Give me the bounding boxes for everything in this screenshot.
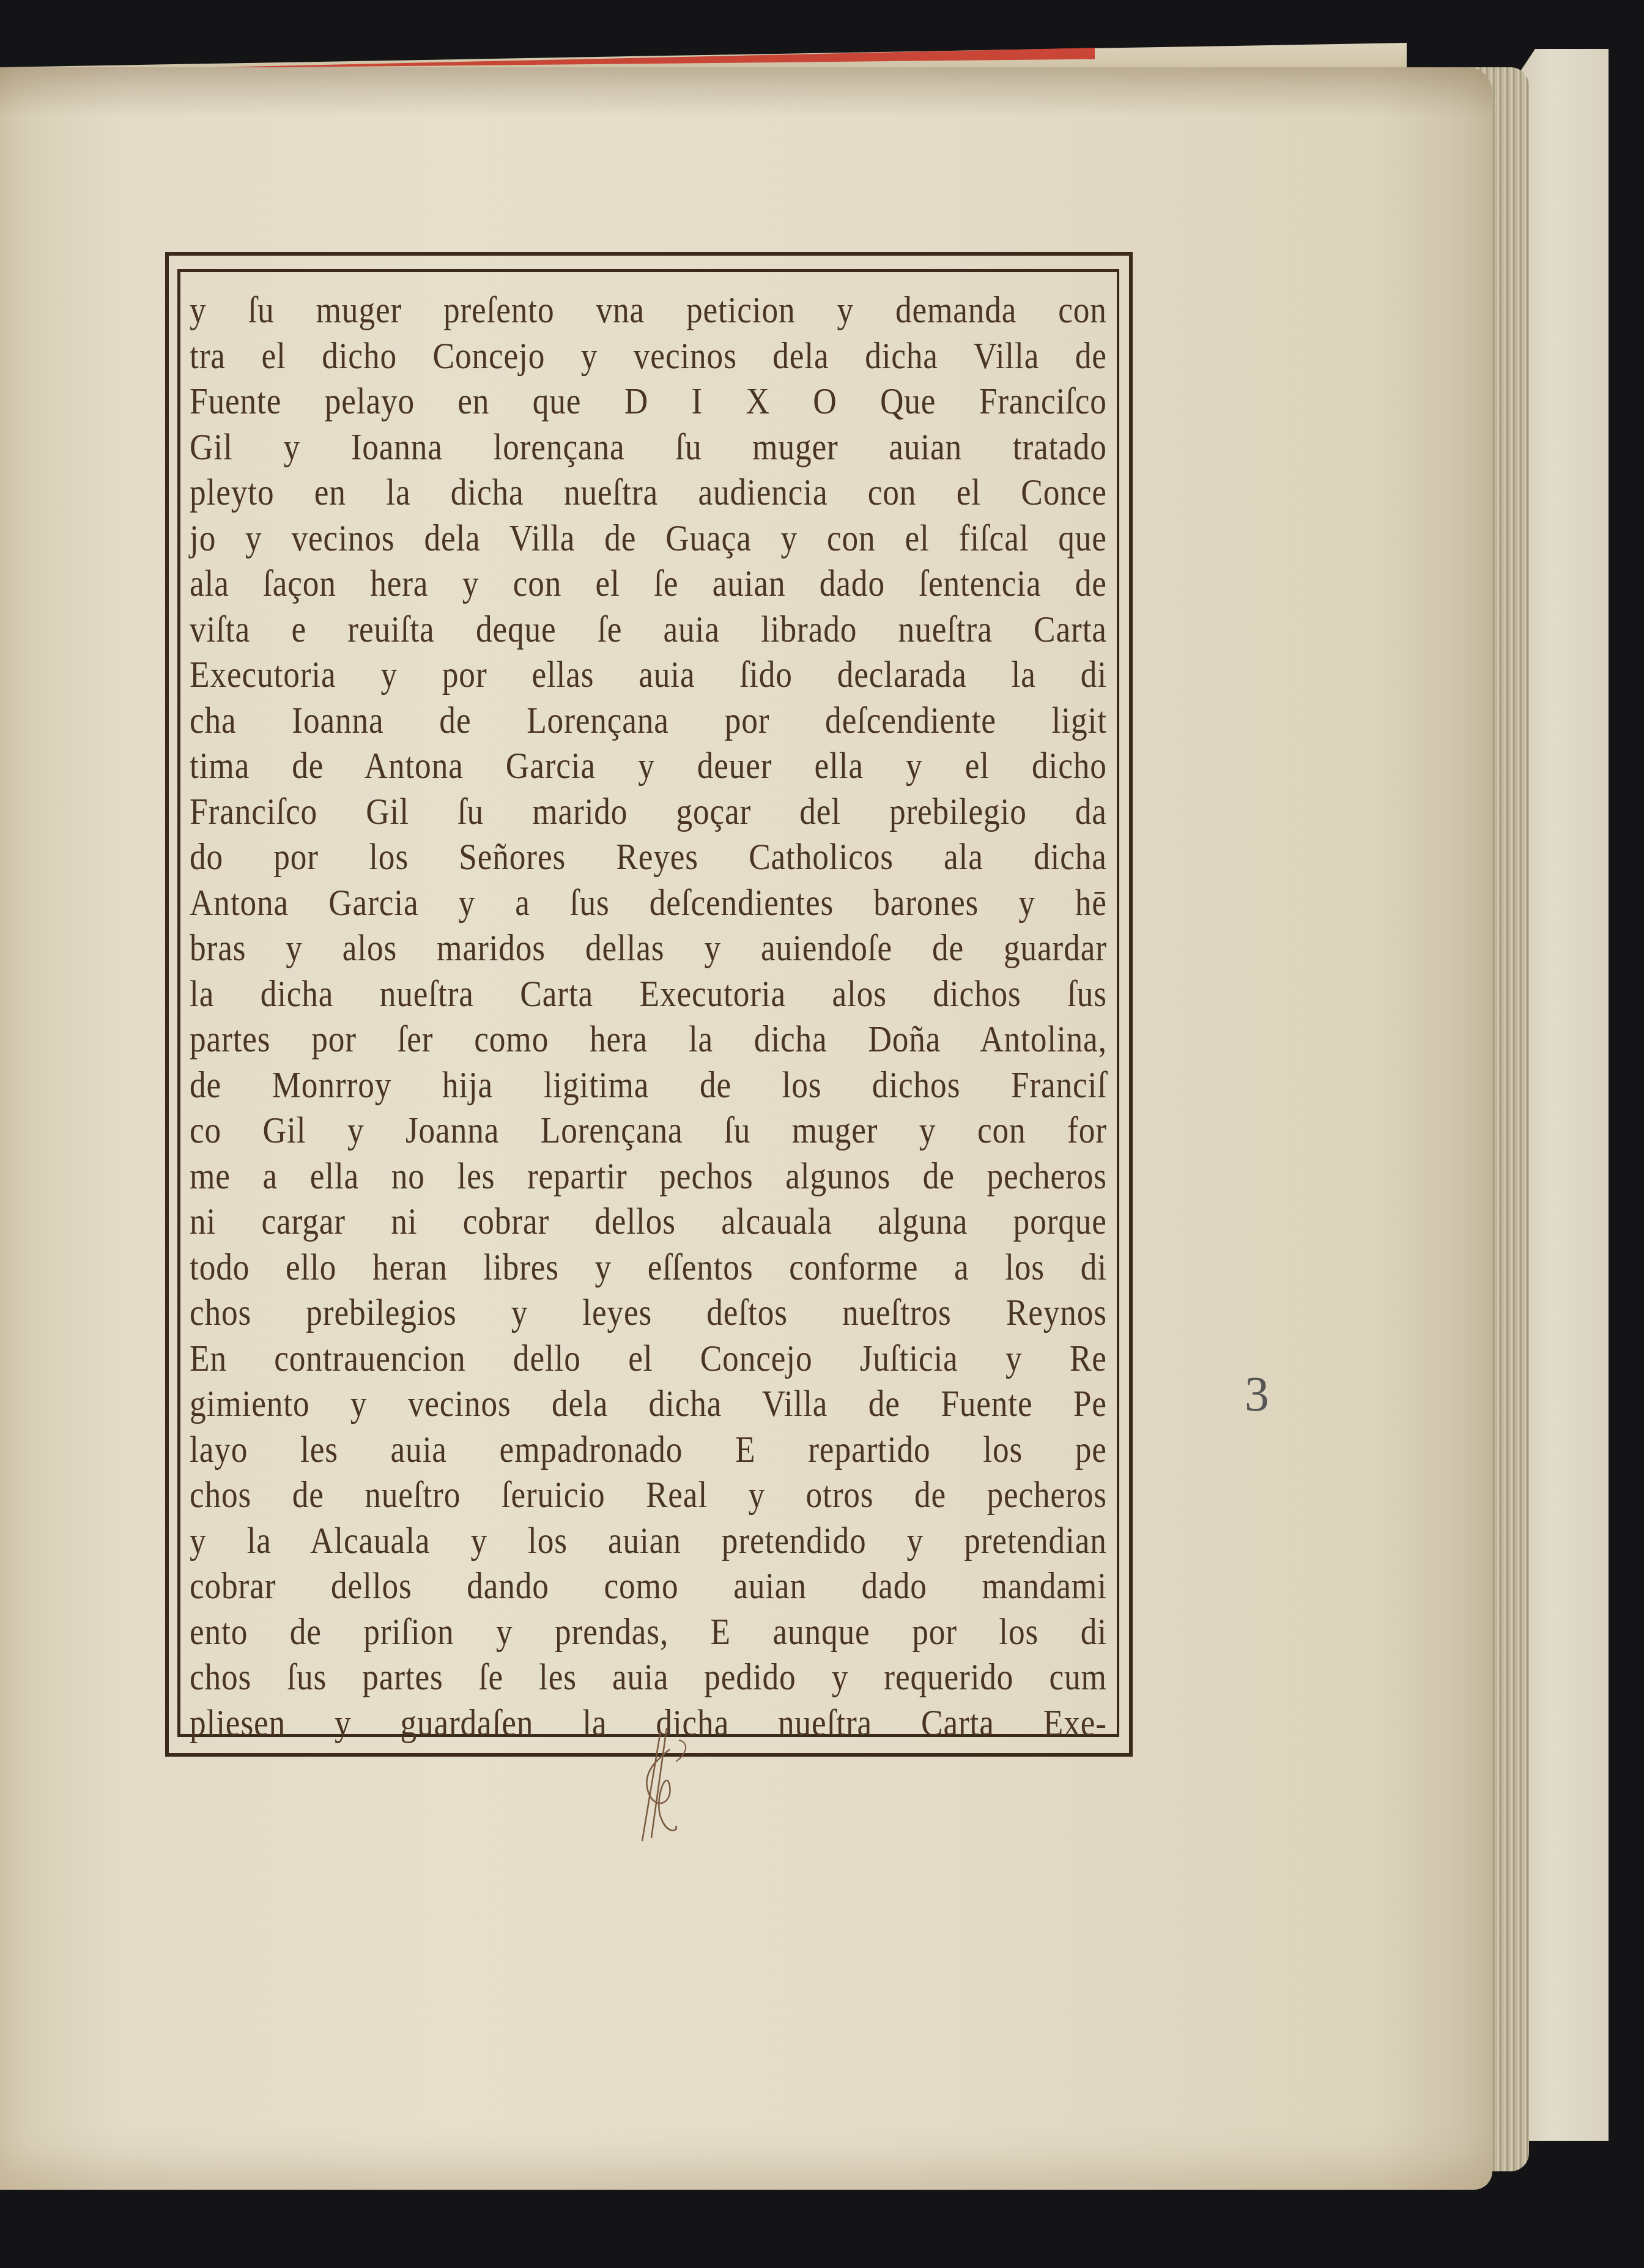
text-line: ala ſaçon hera y con el ſe auian dado ſe… bbox=[190, 561, 1107, 607]
text-line: chos ſus partes ſe les auia pedido y req… bbox=[190, 1655, 1107, 1700]
text-line: bras y alos maridos dellas y auiendoſe d… bbox=[190, 925, 1107, 971]
text-line: tra el dicho Concejo y vecinos dela dich… bbox=[190, 333, 1107, 379]
folio-number: 3 bbox=[1245, 1367, 1269, 1423]
text-line: gimiento y vecinos dela dicha Villa de F… bbox=[190, 1381, 1107, 1427]
text-line: jo y vecinos dela Villa de Guaça y con e… bbox=[190, 516, 1107, 561]
text-line: chos prebilegios y leyes deſtos nueſtros… bbox=[190, 1290, 1107, 1336]
text-line: En contrauencion dello el Concejo Juſtic… bbox=[190, 1336, 1107, 1382]
text-line: layo les auia empadronado E repartido lo… bbox=[190, 1427, 1107, 1473]
text-line: Antona Garcia y a ſus deſcendientes baro… bbox=[190, 880, 1107, 926]
text-line: do por los Señores Reyes Catholicos ala … bbox=[190, 834, 1107, 880]
text-line: Fuente pelayo en que D I X O Que Franciſ… bbox=[190, 379, 1107, 424]
signature-rubric-icon bbox=[618, 1725, 716, 1847]
text-line: me a ella no les repartir pechos algunos… bbox=[190, 1154, 1107, 1199]
text-line: de Monrroy hija ligitima de los dichos F… bbox=[190, 1062, 1107, 1108]
text-line: Executoria y por ellas auia ſido declara… bbox=[190, 652, 1107, 698]
text-line: ento de priſion y prendas, E aunque por … bbox=[190, 1609, 1107, 1655]
text-line: y la Alcauala y los auian pretendido y p… bbox=[190, 1518, 1107, 1564]
manuscript-text-block: y ſu muger preſento vna peticion y deman… bbox=[190, 287, 1107, 1746]
text-line: y ſu muger preſento vna peticion y deman… bbox=[190, 287, 1107, 333]
text-line: todo ello heran libres y eſſentos confor… bbox=[190, 1245, 1107, 1291]
text-line: la dicha nueſtra Carta Executoria alos d… bbox=[190, 971, 1107, 1017]
text-line: tima de Antona Garcia y deuer ella y el … bbox=[190, 743, 1107, 789]
text-line: chos de nueſtro ſeruicio Real y otros de… bbox=[190, 1472, 1107, 1518]
text-line: Franciſco Gil ſu marido goçar del prebil… bbox=[190, 789, 1107, 835]
text-line: cobrar dellos dando como auian dado mand… bbox=[190, 1563, 1107, 1609]
text-line: Gil y Ioanna lorençana ſu muger auian tr… bbox=[190, 424, 1107, 470]
text-line: cha Ioanna de Lorençana por deſcendiente… bbox=[190, 698, 1107, 744]
text-line: partes por ſer como hera la dicha Doña A… bbox=[190, 1017, 1107, 1062]
text-line: ni cargar ni cobrar dellos alcauala algu… bbox=[190, 1199, 1107, 1245]
text-line: co Gil y Joanna Lorençana ſu muger y con… bbox=[190, 1108, 1107, 1154]
text-line: viſta e reuiſta deque ſe auia librado nu… bbox=[190, 607, 1107, 653]
text-line: pleyto en la dicha nueſtra audiencia con… bbox=[190, 470, 1107, 516]
